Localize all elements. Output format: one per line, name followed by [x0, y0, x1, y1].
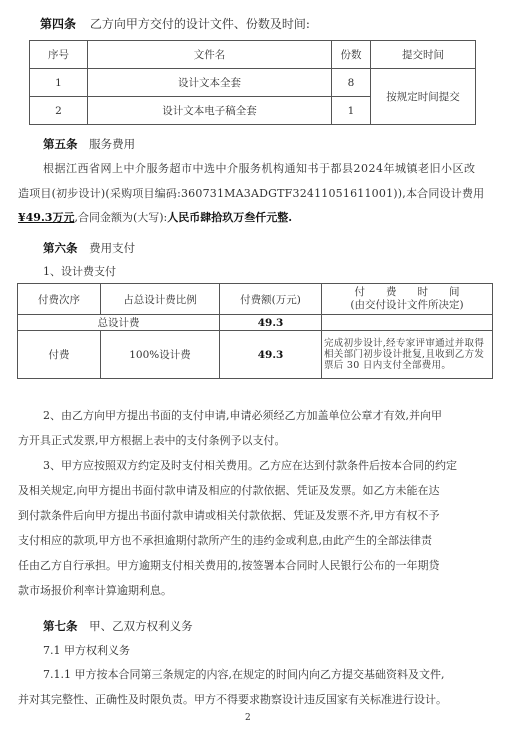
- article6-title: 费用支付: [89, 241, 135, 255]
- article5-line1: 根据江西省网上中介服务超市中选中介服务机构通知书于都县2024年城镇老旧小区改: [43, 160, 476, 176]
- table-row: 总设计费 49.3: [18, 315, 493, 331]
- article4-heading: 第四条 乙方向甲方交付的设计文件、份数及时间:: [40, 15, 310, 32]
- cell-count: 8: [332, 69, 371, 97]
- article5-line3: ¥49.3万元,合同金额为(大写):人民币肆拾玖万叁仟元整.: [18, 209, 292, 225]
- cell-count: 1: [332, 97, 371, 125]
- cell-order: 付费: [18, 331, 101, 379]
- article5-title: 服务费用: [89, 137, 135, 151]
- col-header-order: 付费次序: [18, 284, 101, 315]
- col-header-count: 份数: [332, 41, 371, 69]
- article5-line3-text: ,合同金额为(大写):: [74, 211, 167, 224]
- cell-no: 1: [30, 69, 88, 97]
- cell-ratio: 100%设计费: [101, 331, 220, 379]
- p3-line1: 3、甲方应按照双方约定及时支付相关费用。乙方应在达到付款条件后按本合同的约定: [43, 457, 457, 473]
- table-row: 付费 100%设计费 49.3 完成初步设计,经专家评审通过并取得相关部门初步设…: [18, 331, 493, 379]
- article4-title: 乙方向甲方交付的设计文件、份数及时间:: [90, 17, 310, 31]
- p711-line1: 7.1.1 甲方按本合同第三条规定的内容,在规定的时间内向乙方提交基础资料及文件…: [43, 666, 444, 682]
- col-header-ratio: 占总设计费比例: [101, 284, 220, 315]
- p3-line6: 款市场报价利率计算逾期利息。: [18, 582, 172, 598]
- p3-line4: 支付相应的款项,甲方也不承担逾期付款所产生的违约金或利息,由此产生的全部法律责: [18, 532, 432, 548]
- article7-title: 甲、乙双方权利义务: [89, 619, 193, 633]
- cell-total-value: 49.3: [220, 315, 322, 331]
- col-header-amount: 付费额(万元): [220, 284, 322, 315]
- cell-total-label: 总设计费: [18, 315, 220, 331]
- article5-label: 第五条: [43, 137, 78, 151]
- article4-label: 第四条: [40, 17, 76, 31]
- col-header-time: 付 费 时 间 (由交付设计文件所决定): [322, 284, 493, 315]
- article7-heading: 第七条 甲、乙双方权利义务: [43, 618, 193, 634]
- p3-line5: 任由乙方自行承担。甲方逾期支付相关费用的,按签署本合同时人民银行公布的一年期贷: [18, 557, 440, 573]
- cell-empty: [322, 315, 493, 331]
- header-time-line2: (由交付设计文件所决定): [322, 299, 492, 312]
- p2-line2: 方开具正式发票,甲方根据上表中的支付条例予以支付。: [18, 432, 286, 448]
- cell-no: 2: [30, 97, 88, 125]
- article5-heading: 第五条 服务费用: [43, 136, 135, 152]
- article7-label: 第七条: [43, 619, 78, 633]
- article6-sub1: 1、设计费支付: [43, 263, 116, 279]
- p3-line3: 到付款条件后向甲方提出书面付款申请或相关付款依据、凭证及发票不齐,甲方有权不予: [18, 507, 440, 523]
- payment-table: 付费次序 占总设计费比例 付费额(万元) 付 费 时 间 (由交付设计文件所决定…: [17, 283, 493, 379]
- table-row: 1 设计文本全套 8 按规定时间提交: [30, 69, 476, 97]
- cell-time: 完成初步设计,经专家评审通过并取得相关部门初步设计批复,且收到乙方发票后 30 …: [322, 331, 493, 379]
- article7-sub: 7.1 甲方权利义务: [43, 642, 130, 658]
- col-header-name: 文件名: [88, 41, 332, 69]
- col-header-time: 提交时间: [371, 41, 476, 69]
- page-number: 2: [245, 713, 251, 723]
- cell-name: 设计文本电子稿全套: [88, 97, 332, 125]
- cell-submit-time: 按规定时间提交: [371, 69, 476, 125]
- p2-line1: 2、由乙方向甲方提出书面的支付申请,申请必须经乙方加盖单位公章才有效,并向甲: [43, 407, 442, 423]
- fee-amount: ¥49.3万元: [18, 211, 74, 224]
- article6-label: 第六条: [43, 241, 78, 255]
- p3-line2: 及相关规定,向甲方提出书面付款申请及相应的付款依据、凭证及发票。如乙方未能在达: [18, 482, 440, 498]
- header-time-line1: 付 费 时 间: [322, 286, 492, 299]
- cell-amount: 49.3: [220, 331, 322, 379]
- p711-line2: 并对其完整性、正确性及时限负责。甲方不得要求勘察设计违反国家有关标准进行设计。: [18, 691, 447, 707]
- cell-name: 设计文本全套: [88, 69, 332, 97]
- article5-line2: 造项目(初步设计)(采购项目编码:360731MA3ADGTF324110516…: [18, 185, 484, 201]
- article6-heading: 第六条 费用支付: [43, 240, 135, 256]
- col-header-no: 序号: [30, 41, 88, 69]
- deliverables-table: 序号 文件名 份数 提交时间 1 设计文本全套 8 按规定时间提交 2 设计文本…: [29, 40, 476, 125]
- fee-amount-words: 人民币肆拾玖万叁仟元整.: [167, 211, 292, 224]
